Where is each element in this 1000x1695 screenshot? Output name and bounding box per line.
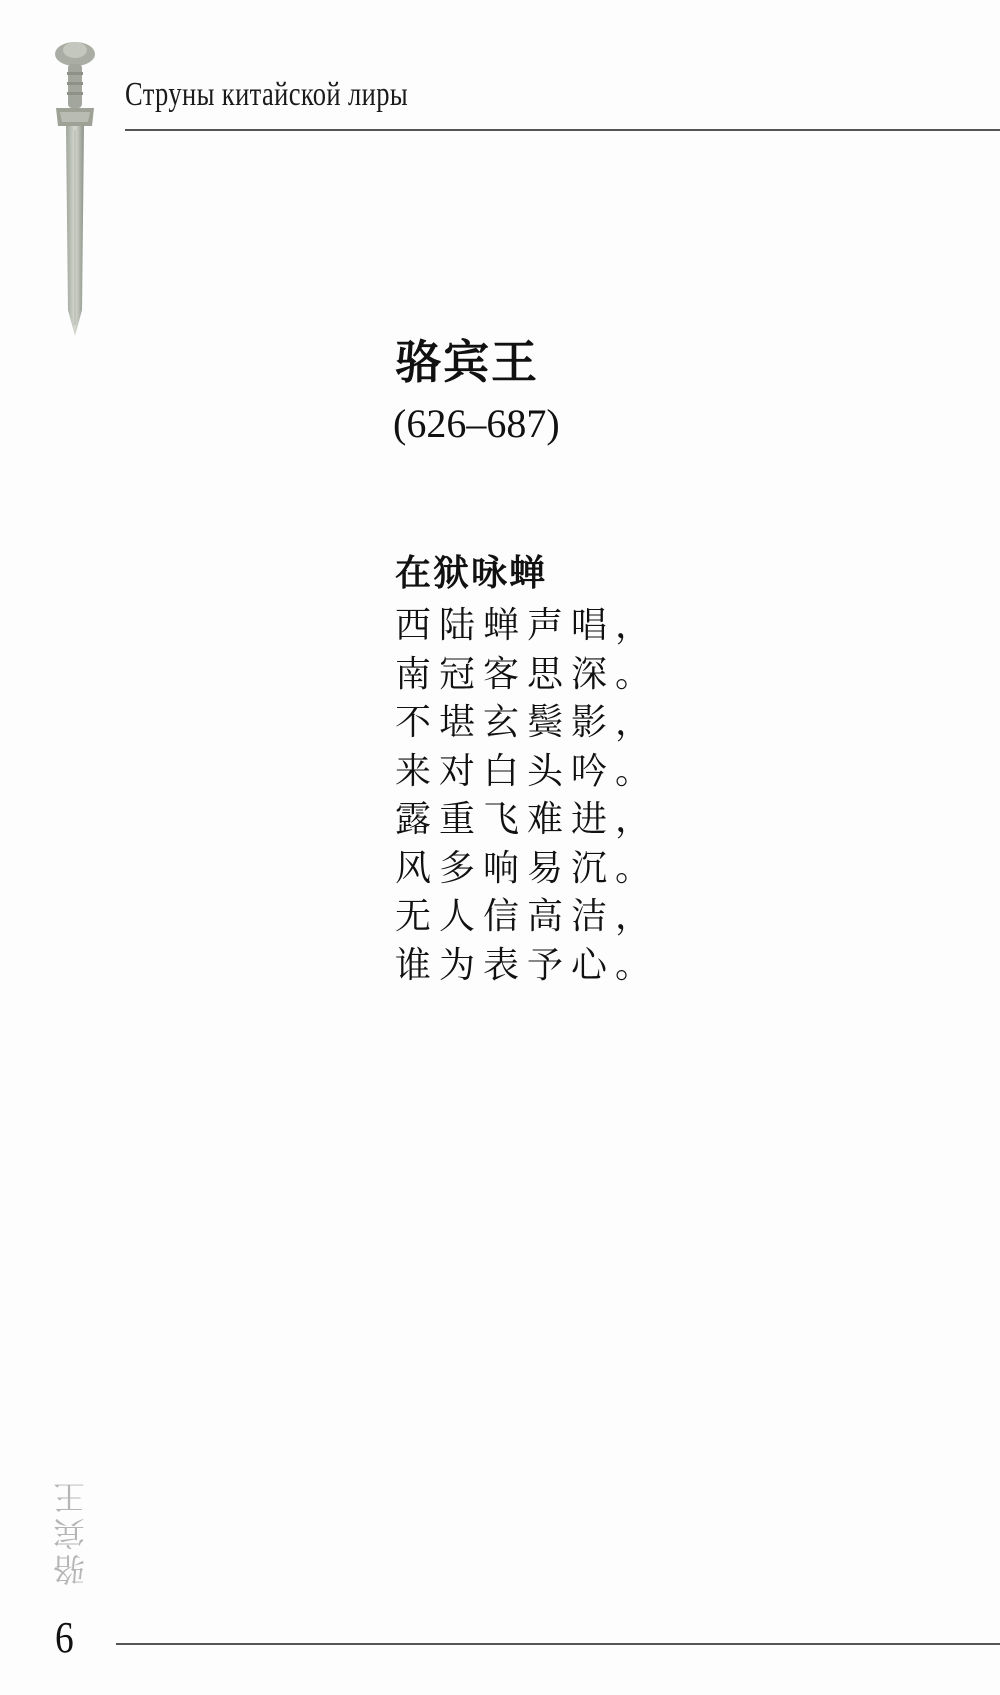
poem-line: 风多响易沉。: [395, 845, 659, 894]
side-author-label: 骆宾王: [48, 1478, 94, 1586]
poem-line: 谁为表予心。: [395, 942, 659, 991]
poem-body: 西陆蝉声唱， 南冠客思深。 不堪玄鬓影， 来对白头吟。 露重飞难进， 风多响易沉…: [395, 602, 659, 990]
poem-line: 西陆蝉声唱，: [395, 602, 659, 651]
author-name: 骆宾王: [395, 326, 539, 392]
author-years: (626–687): [393, 400, 560, 447]
header-divider: [125, 129, 1000, 131]
footer-divider: [116, 1643, 1000, 1645]
poem-line: 南冠客思深。: [395, 651, 659, 700]
poem-line: 无人信高洁，: [395, 893, 659, 942]
sword-illustration-icon: [48, 40, 102, 340]
poem-line: 来对白头吟。: [395, 748, 659, 797]
poem-line: 露重飞难进，: [395, 796, 659, 845]
poem-line: 不堪玄鬓影，: [395, 699, 659, 748]
running-head-title: Струны китайской лиры: [125, 76, 408, 114]
poem-title: 在狱咏蝉: [395, 545, 547, 596]
page-number: 6: [55, 1612, 74, 1663]
